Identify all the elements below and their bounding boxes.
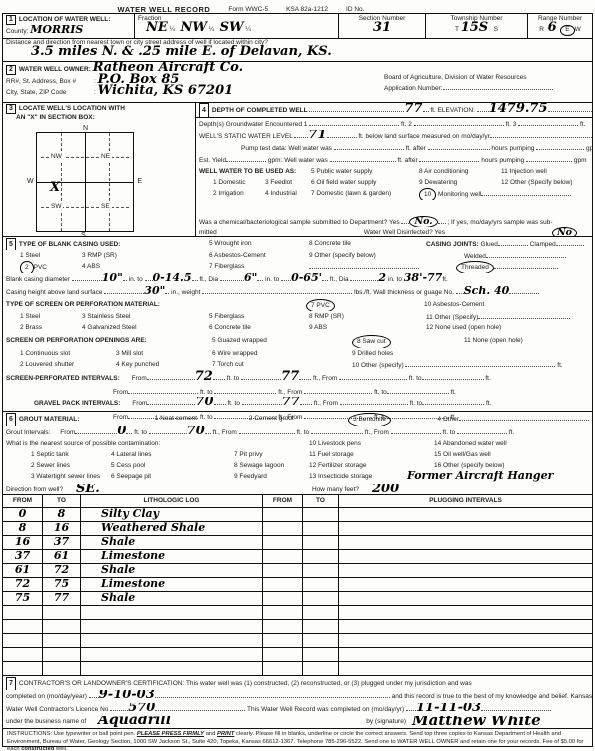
spi-to-value: 77 [281, 370, 299, 384]
casing-option-6: 6 Asbestos-Cement [209, 250, 309, 261]
lith-from: 8 [3, 522, 43, 535]
plug-from [263, 648, 303, 661]
gpi-from-label: From [122, 400, 147, 407]
lith-desc [81, 662, 263, 675]
into-1: in. to [129, 276, 143, 283]
casing-height-value: 30" [144, 286, 165, 297]
blank [391, 426, 441, 434]
completed-date-value: 9-10-03 [99, 690, 155, 702]
static-water-level-label: WELL'S STATIC WATER LEVEL [199, 133, 293, 140]
plug-desc [339, 508, 592, 521]
blank [526, 154, 572, 162]
plug-to [303, 550, 339, 563]
contam-option-5: 5 Cess pool [111, 460, 234, 471]
gravel-intervals-label: GRAVEL PACK INTERVALS: [6, 400, 120, 407]
blank [494, 261, 558, 269]
section3-heading1: LOCATE WELL'S LOCATION WITH [19, 105, 125, 112]
plug-desc [339, 662, 592, 675]
range-cell: Range Number R 6 EW [528, 14, 592, 38]
gpi-from-value: 70 [195, 397, 213, 409]
lith-row [3, 620, 592, 634]
chemical-sample-question: Was a chemical/bacteriological sample su… [199, 219, 400, 226]
depth-label: DEPTH OF COMPLETED WELL [212, 107, 308, 114]
lith-to [43, 648, 81, 661]
section1-header-row: 1LOCATION OF WATER WELL: County: MORRIS … [3, 14, 592, 39]
blank [155, 703, 245, 711]
use-option-11: 11 Injection well [501, 166, 547, 177]
spacer [6, 311, 20, 322]
section-number-value: 31 [342, 23, 422, 32]
section5-block: 5TYPE OF BLANK CASING USED: 5 Wrought ir… [3, 237, 592, 412]
gi-from-label: From [52, 429, 75, 436]
blank [75, 426, 117, 434]
blank [406, 703, 416, 711]
blank [309, 261, 419, 269]
opening-option-4: 4 Key punched [116, 359, 212, 370]
blank [459, 413, 589, 421]
lith-to [43, 606, 81, 619]
plug-desc [339, 536, 592, 549]
blank [72, 273, 102, 281]
gauge-value: Sch. 40 [464, 286, 510, 297]
direction-label: Direction from well? [6, 484, 76, 498]
lith-to: 75 [43, 578, 81, 591]
completed-on-label: completed on (mo/day/year) [6, 693, 87, 700]
blank [536, 142, 584, 150]
blank [311, 426, 363, 434]
spacer [199, 177, 213, 188]
application-number-blank [443, 82, 553, 90]
range-east-circled: E [560, 25, 574, 36]
plug-desc [339, 620, 592, 633]
lith-to [43, 620, 81, 633]
blank [548, 104, 592, 112]
lith-to [43, 634, 81, 647]
county-cell: 1LOCATION OF WATER WELL: County: MORRIS [3, 14, 135, 38]
use-option-4: 4 Industrial [265, 188, 311, 200]
openings-heading: SCREEN OR PERFORATION OPENINGS ARE: [6, 335, 212, 348]
county-label: County: [6, 28, 28, 35]
blank [205, 426, 211, 434]
use-heading: WELL WATER TO BE USED AS: [199, 166, 311, 177]
blank [350, 273, 378, 281]
lith-desc: Limestone [81, 578, 263, 591]
use-option-1: 1 Domestic [213, 177, 265, 188]
casing-option-8: 8 Concrete tile [309, 238, 426, 250]
blank [128, 386, 198, 394]
use-option-8: 8 Air conditioning [419, 166, 501, 177]
blank [147, 372, 195, 380]
casing-diameter-1: 10" [102, 273, 123, 284]
pump-after: ft. after [406, 145, 426, 152]
blank [110, 703, 128, 711]
casing-option-5: 5 Wrought iron [209, 238, 309, 250]
blank [556, 238, 584, 246]
record-completed-label: This Water Well Record was completed on … [247, 706, 404, 713]
contam-option-11: 11 Fuel storage [309, 449, 434, 460]
section4-block: 4DEPTH OF COMPLETED WELL 77 ft. ELEVATIO… [196, 103, 592, 236]
blank [294, 130, 308, 138]
spi-ftto: ft. to [227, 375, 240, 382]
blank [334, 142, 404, 150]
feet-label: How many feet? [312, 484, 372, 498]
blank [299, 372, 311, 380]
grout-option-2: 2 Cement grout [249, 413, 348, 426]
lith-to: 16 [43, 522, 81, 535]
section-number-cell: Section Number 31 [339, 14, 426, 38]
record-completed-date: 11-11-03 [416, 703, 481, 715]
contam-option-6: 6 Seepage pit [111, 471, 234, 484]
section3-number: 3 [6, 104, 16, 114]
box-quarter-line-right [109, 133, 110, 231]
blank [423, 104, 429, 112]
spacer [6, 460, 31, 471]
application-number-label: Application Number: [384, 85, 443, 92]
lith-desc [81, 620, 263, 633]
screen-option-12: 12 None used (open hole) [426, 322, 501, 333]
plug-to [303, 620, 339, 633]
blank [518, 118, 578, 126]
contam-option-10: 10 Livestock pens [309, 438, 434, 449]
lith-to: 61 [43, 550, 81, 563]
opening-option-1: 1 Continuous slot [20, 348, 116, 359]
lith-desc [81, 648, 263, 661]
plug-to [303, 536, 339, 549]
blank [339, 372, 407, 380]
blank [498, 238, 528, 246]
township-suffix: S [494, 26, 498, 33]
plug-desc [339, 648, 592, 661]
instructions-press-firmly: PLEASE PRESS FIRMLY [137, 731, 204, 737]
blank [414, 118, 504, 126]
blank [165, 286, 169, 294]
gi-ftto3: ft. to [443, 429, 456, 436]
groundwater-ft2: ft. 2 [401, 121, 412, 128]
compass-west: W [27, 178, 34, 186]
lith-row [3, 606, 592, 620]
blank [330, 154, 396, 162]
section4-number: 4 [199, 103, 209, 118]
casing-height-rest2: lbs./ft. Wall thickness or guage No. [354, 289, 454, 296]
colon1: : [94, 78, 96, 85]
use-option-2: 2 Irrigation [213, 188, 265, 200]
spacer [6, 322, 20, 333]
blank [309, 118, 399, 126]
quarter-2: ¼ [209, 26, 214, 33]
range-value: 6 [548, 20, 557, 35]
chemical-sample-rest: ; If yes, mo/day/yrs sample was sub- [447, 219, 552, 226]
section5-heading: TYPE OF BLANK CASING USED: [19, 241, 120, 248]
plug-from [263, 620, 303, 633]
static-water-level-value: 71 [308, 130, 326, 142]
spacer [6, 250, 20, 261]
water-well-record-form: WATER WELL RECORD Form WWC-5 KSA 82a-121… [0, 0, 595, 751]
screen-option-1: 1 Steel [20, 311, 82, 322]
plug-to [303, 662, 339, 675]
lith-row: 816Weathered Shale [3, 522, 592, 536]
groundwater-label: Depth(s) Groundwater Encountered [199, 121, 302, 128]
casing-diameter-label: Blank casing diameter [6, 276, 70, 283]
plug-from [263, 550, 303, 563]
blank [202, 286, 352, 294]
section6-block: 6GROUT MATERIAL: 1 Neat cement 2 Cement … [3, 412, 592, 495]
lith-from [3, 662, 43, 675]
owner-row: 2WATER WELL OWNER: Ratheon Aircraft Co. … [3, 62, 592, 103]
plug-to [303, 564, 339, 577]
section7-number: 7 [6, 677, 16, 690]
spi2-ftto: ft. to [200, 389, 213, 396]
range-label: Range Number [531, 15, 589, 23]
fraction-1: NE [146, 20, 168, 35]
instructions-constructed: constructed [21, 746, 54, 751]
groundwater-ft: ft. [580, 121, 585, 128]
blank [387, 386, 449, 394]
signature-label: by (signature) [348, 716, 412, 729]
spi-ftto2: ft. to [409, 375, 422, 382]
casing-height-rest: in., weight [171, 289, 200, 296]
township-prefix: T [455, 26, 459, 33]
lith-row: 7275Limestone [3, 578, 592, 592]
spacer [6, 471, 31, 484]
spacer [6, 359, 20, 370]
lith-desc: Shale [81, 536, 263, 549]
colon2: : [94, 89, 96, 96]
casing-option-1: 1 Steel [20, 250, 82, 261]
blank [104, 286, 144, 294]
contam-option-7: 7 Pit privy [234, 449, 309, 460]
blank [456, 286, 464, 294]
township-value: 15S [461, 20, 488, 35]
opening-option-6: 6 Wire wrapped [212, 348, 352, 359]
disinfected-answer: No [552, 227, 577, 236]
plug-to [303, 522, 339, 535]
blank [478, 311, 570, 319]
elevation-label: ELEVATION: [438, 107, 475, 114]
certification-text: CONTRACTOR'S OR LANDOWNER'S CERTIFICATIO… [19, 680, 472, 687]
quarter-1: ¼ [170, 26, 175, 33]
lith-from: 72 [3, 578, 43, 591]
lith-row: 6172Shale [3, 564, 592, 578]
screen-intervals-label: SCREEN-PERFORATED INTERVALS: [6, 375, 120, 382]
lith-desc: Weathered Shale [81, 522, 263, 535]
opening-option-3: 3 Mill slot [116, 348, 212, 359]
casing-option-2-label: PVC [34, 264, 47, 271]
ftdia-2: ft., Dia [330, 276, 349, 283]
city-label: City, State, ZIP Code [6, 89, 94, 97]
instructions-text-3: well. [56, 746, 68, 751]
plug-from [263, 564, 303, 577]
board-label: Board of Agriculture, Division of Water … [384, 74, 589, 82]
opening-option-11: 11 None (open hole) [464, 335, 523, 348]
joints-threaded-circled: Threaded [456, 261, 494, 273]
gi-to-value: 70 [187, 426, 205, 438]
quadrant-ne: NE [99, 153, 112, 161]
joints-glued: Glued [481, 241, 498, 248]
distance-row: Distance and direction from nearest town… [3, 39, 592, 62]
distance-value: 3.5 miles N. & .25 mile E. of Delavan, K… [3, 47, 592, 56]
blank [214, 397, 226, 405]
plug-desc [339, 550, 592, 563]
section7-block: 7CONTRACTOR'S OR LANDOWNER'S CERTIFICATI… [3, 676, 592, 729]
plug-desc [339, 592, 592, 605]
lith-row [3, 634, 592, 648]
blank [149, 426, 187, 434]
fraction-cell: Fraction NE ¼ NW ¼ SW ¼ [135, 14, 339, 38]
ftdia-1: ft., Dia [199, 276, 218, 283]
screen-option-2: 2 Brass [20, 322, 82, 333]
spacer [6, 449, 31, 460]
licence-value: 570 [128, 703, 155, 715]
spi-ft-end: ft. [485, 375, 490, 382]
casing-option-4: 4 ABS [82, 261, 209, 273]
spi-from-value: 72 [195, 370, 213, 384]
instructions-and: and [206, 731, 216, 737]
contam-option-14: 14 Abandoned water well [434, 438, 507, 449]
blank [304, 386, 372, 394]
gpi-ftto: ft. to [227, 400, 240, 407]
well-location-x-mark: X [50, 183, 60, 192]
licence-label: Water Well Contractor's Licence No [6, 706, 108, 713]
blank [405, 359, 555, 367]
blank [490, 130, 592, 138]
screen-option-9: 9 ABS [309, 322, 426, 333]
lith-desc: Shale [81, 564, 263, 577]
section6-heading: GROUT MATERIAL: [19, 416, 80, 423]
plug-to [303, 648, 339, 661]
blank [147, 397, 195, 405]
form-title-bar: WATER WELL RECORD Form WWC-5 KSA 82a-121… [0, 0, 595, 14]
blank [257, 273, 263, 281]
gi-ftto: ft. to [134, 429, 147, 436]
plug-desc [339, 564, 592, 577]
opening-option-5: 5 Guazed wrapped [212, 335, 352, 348]
yield-gpm-label: gpm: [268, 157, 282, 164]
blank [428, 142, 490, 150]
casing-range-1: 0-14.5 [153, 273, 192, 284]
plug-desc [339, 606, 592, 619]
compass-north: N [83, 125, 88, 133]
city-value: Wichita, KS 67201 [98, 83, 234, 98]
spi-from-label: From [122, 375, 147, 382]
elevation-value: 1479.75 [489, 103, 548, 116]
lith-to: 72 [43, 564, 81, 577]
opening-ft: ft. [557, 362, 562, 369]
screen-option-11: 11 Other (Specify) [426, 314, 478, 321]
screen-option-3: 3 Stainless Steel [82, 311, 209, 322]
lith-row [3, 662, 592, 676]
yield-gpm: gpm [574, 157, 587, 164]
section3-heading2: AN "X" IN SECTION BOX: [6, 114, 192, 122]
lith-from [3, 620, 43, 633]
screen-option-10: 10 Asbestos-Cement [424, 299, 484, 311]
joints-welded: Welded [464, 253, 486, 260]
spi-ftfrom: ft., From [313, 375, 337, 382]
address-label: RR#, St. Address, Box # [6, 78, 94, 86]
screen-option-6: 6 Concrete tile [209, 322, 309, 333]
plug-desc [339, 634, 592, 647]
use-option-3: 3 Feedlot [265, 177, 311, 188]
screen-option-7-circled: 7 PVC [306, 299, 335, 311]
fraction-3: SW [220, 20, 244, 35]
blank [422, 397, 484, 405]
blank [322, 273, 328, 281]
blank [438, 216, 446, 224]
casing-range-2: 0-65' [291, 273, 322, 284]
blank [239, 426, 295, 434]
lith-from: 75 [3, 592, 43, 605]
use-option-10-label: Monitoring well [438, 191, 481, 198]
gi-ftfrom2: ft., From [365, 429, 389, 436]
lith-from [3, 606, 43, 619]
casing-option-3: 3 RMP (SR) [82, 250, 209, 261]
joints-clamped: Clamped [530, 241, 556, 248]
quarter-3: ¼ [245, 26, 250, 33]
gpi-ft-end: ft. [486, 400, 491, 407]
plug-to [303, 634, 339, 647]
plug-from [263, 606, 303, 619]
lith-from: 0 [3, 508, 43, 521]
plug-from [263, 662, 303, 675]
use-option-5: 5 Public water supply [311, 166, 419, 177]
contam-option-12: 12 Fertilizer storage [309, 460, 434, 471]
blank [226, 154, 266, 162]
quadrant-se: SE [99, 203, 112, 211]
casing-diameter-3: 2 [378, 273, 386, 284]
box-quarter-line-left [61, 133, 62, 231]
screen-option-8: 8 RMP (SR) [309, 311, 426, 322]
screen-option-5: 5 Fiberglass [209, 311, 309, 322]
instructions-block: INSTRUCTIONS: Use typewriter or ball poi… [3, 729, 592, 751]
feet-value: 200 [372, 484, 399, 498]
plug-from [263, 536, 303, 549]
plug-to [303, 578, 339, 591]
use-option-6: 6 Oil field water supply [311, 177, 419, 188]
lith-row: 3761Limestone [3, 550, 592, 564]
contam-option-16: 16 Other (specify below) [434, 460, 504, 471]
gi-ftto2: ft. to [296, 429, 309, 436]
blank [213, 372, 225, 380]
contam-option-4: 4 Lateral lines [111, 449, 234, 460]
ft-3: ft. [442, 276, 447, 283]
depth-value: 77 [404, 103, 422, 116]
plug-from [263, 634, 303, 647]
blank [126, 426, 132, 434]
contamination-label: What is the nearest source of possible c… [6, 438, 309, 449]
blank [123, 273, 127, 281]
use-option-9: 9 Dewatering [419, 177, 501, 188]
yield-after: ft. after [397, 157, 417, 164]
lith-desc: Silty Clay [81, 508, 263, 521]
fraction-2: NW [180, 20, 206, 35]
lith-to [43, 662, 81, 675]
blank [340, 397, 408, 405]
blank [477, 104, 489, 112]
section1-heading: LOCATION OF WATER WELL: [19, 16, 110, 23]
lithologic-table: FROM TO LITHOLOGIC LOG FROM TO PLUGGING … [3, 495, 592, 676]
gi-ftfrom: ft., From [213, 429, 237, 436]
contam-option-9: 9 Feedyard [234, 471, 309, 484]
township-cell: Township Number T 15S S [426, 14, 528, 38]
lith-desc [81, 606, 263, 619]
section6-number: 6 [6, 413, 16, 426]
opening-option-10: 10 Other (specify) [352, 362, 404, 369]
plug-from [263, 522, 303, 535]
into-2: in. to [265, 276, 279, 283]
chemical-sample-answer: No. [409, 216, 437, 227]
spi2-from-label: From [113, 389, 128, 396]
use-option-10-circled: 10 [419, 188, 436, 200]
blank [192, 273, 198, 281]
